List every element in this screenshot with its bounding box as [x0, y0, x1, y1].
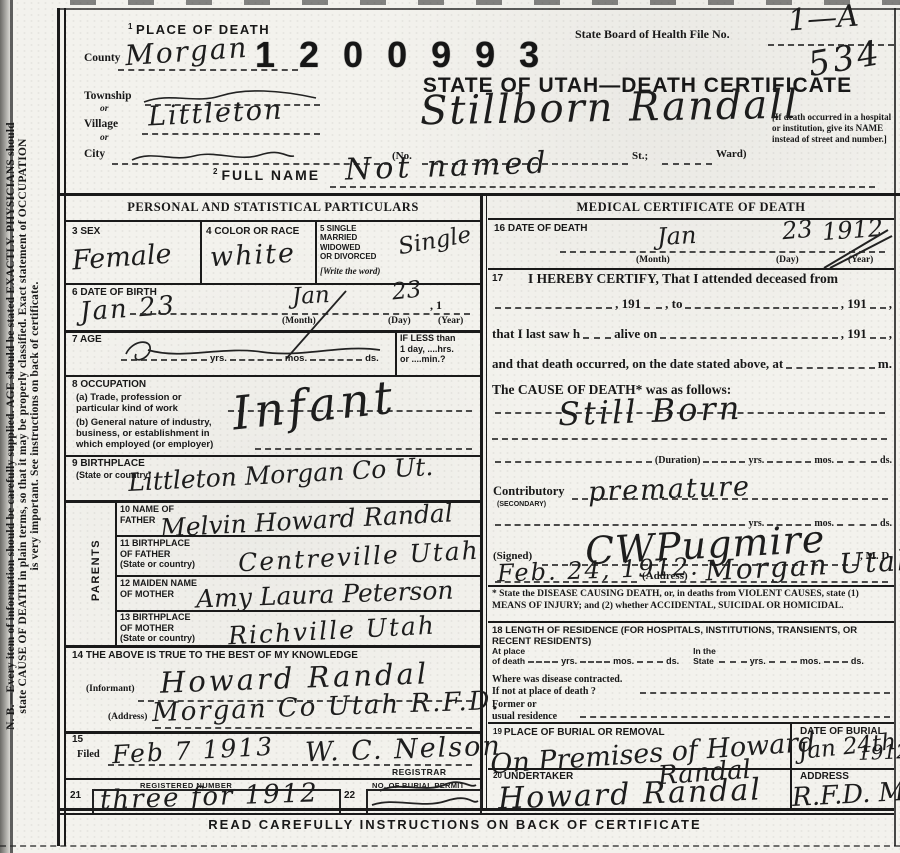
form-border-left-outer [57, 8, 60, 846]
cause-footnote: * State the DISEASE CAUSING DEATH, or, i… [492, 589, 892, 612]
certify-alive-blank [660, 333, 838, 339]
father-birthplace-label: 11 BIRTHPLACE OF FATHER (State or countr… [120, 538, 195, 570]
former-residence-label: Former or usual residence [492, 699, 557, 723]
form-border-top [57, 8, 900, 10]
city-scribble [128, 146, 298, 166]
occupation-b-dotted-line [255, 448, 472, 450]
age-box-divider [395, 330, 397, 375]
former-residence-dotted-line [580, 716, 890, 718]
duration-mos-blank1 [767, 457, 811, 463]
secondary-label: (SECONDARY) [497, 501, 546, 508]
age-less-note: IF LESS than 1 day, ....hrs. or ....min.… [400, 333, 456, 365]
occupation-a-label: (a) Trade, profession or particular kind… [76, 392, 182, 414]
duration-ds-blank1 [837, 457, 877, 463]
city-label: City [84, 148, 105, 160]
certify-alive-on: alive on [614, 326, 657, 342]
informant-address-dotted-line [155, 727, 472, 729]
row-rule-parents-bottom [66, 645, 480, 648]
parents-rule-1 [115, 535, 480, 537]
certify-191c: , 191 [841, 326, 867, 342]
res-mos-label: mos. [613, 656, 634, 666]
in-state-label: In the State [693, 646, 716, 666]
disease-contracted-label: Where was disease contracted. If not at … [492, 674, 622, 698]
county-value-handwriting: Morgan [124, 34, 249, 71]
pen-flourish-death-year [820, 222, 894, 272]
village-label: Village [84, 118, 118, 130]
certify-191a: , 191 [615, 296, 641, 312]
dob-day-handwriting: 23 [391, 279, 423, 305]
file-number-stamp: 1200993 [255, 34, 563, 76]
duration-label-1: (Duration) [655, 455, 701, 466]
banner-rule-heavy [57, 808, 894, 811]
certify-him-her-blank [583, 333, 611, 339]
death-month-handwriting: Jan [656, 223, 697, 249]
state-ds-blank [824, 657, 848, 663]
burial-mid-rule-left [488, 768, 790, 770]
burial-top-rule [488, 722, 894, 724]
certify-line4: and that death occurred, on the date sta… [492, 356, 892, 372]
filed-date-handwriting: Feb 7 1913 [111, 734, 274, 767]
certify-line1: I HEREBY CERTIFY, That I attended deceas… [528, 271, 838, 287]
state-mos-blank [769, 657, 797, 663]
death-day-handwriting: 23 [781, 217, 814, 244]
certify-191b: , 191 [841, 296, 867, 312]
full-name-value-handwriting: Not named [345, 148, 550, 185]
village-value-handwriting: Littleton [147, 96, 284, 130]
full-name-label: 2FULL NAME [213, 167, 320, 183]
mother-birthplace-value-handwriting: Richville Utah [227, 613, 436, 649]
res-ds-label: ds. [666, 656, 679, 666]
age-scribble [112, 334, 387, 366]
scan-top-marks [70, 0, 900, 5]
footer-banner: READ CAREFULLY INSTRUCTIONS ON BACK OF C… [110, 817, 800, 832]
parents-vertical-label: PARENTS [90, 515, 102, 625]
ward-label: Ward) [716, 148, 747, 160]
date-of-death-label: 16 DATE OF DEATH [494, 223, 588, 234]
registrar-label: REGISTRAR [392, 767, 447, 777]
marital-label: 5 SINGLE MARRIED WIDOWED OR DIVORCED [320, 224, 376, 262]
residence-top-rule [488, 621, 894, 623]
state-yrs-label: yrs. [750, 656, 766, 666]
margin-note-line3: is very important. See instructions on b… [29, 11, 41, 841]
res-yrs-label: yrs. [561, 656, 577, 666]
certify-last-saw: that I last saw h [492, 326, 580, 342]
full-name-num: 2 [213, 167, 219, 176]
duration-ds-blank2 [837, 520, 877, 526]
residence-label: 18 LENGTH OF RESIDENCE (FOR HOSPITALS, I… [492, 625, 890, 648]
state-board-file-no-label: State Board of Health File No. [575, 27, 730, 42]
state-ds-label: ds. [851, 656, 864, 666]
personal-section-title: PERSONAL AND STATISTICAL PARTICULARS [66, 200, 480, 215]
dob-value-handwriting: Jan 23 [79, 293, 177, 326]
state-mos-label: mos. [800, 656, 821, 666]
death-month-hint: (Month) [636, 255, 670, 265]
signed-date-dotted-line [495, 581, 637, 583]
sex-race-divider2 [315, 221, 317, 283]
burial-year-handwriting: 1912 [858, 741, 900, 763]
certify-death-occurred: and that death occurred, on the date sta… [492, 356, 783, 372]
res-ds-blank [637, 657, 663, 663]
informant-address-label: (Address) [108, 712, 147, 722]
race-label: 4 COLOR OR RACE [206, 226, 299, 237]
father-birthplace-value-handwriting: Centreville Utah [238, 538, 481, 576]
decedent-name-handwriting: Stillborn Randall [420, 85, 799, 132]
certify-comma1: , [889, 296, 892, 312]
state-yrs-blank [719, 657, 747, 663]
cause-value-handwriting: Still Born [557, 392, 742, 430]
death-day-hint: (Day) [776, 255, 799, 265]
certify-from-blank [495, 303, 612, 309]
certify-m: m. [878, 356, 892, 372]
burial-place-num: 19 [493, 727, 502, 736]
registrar-signature-handwriting: W. C. Nelson [305, 733, 503, 767]
birthplace-value-handwriting: Littleton Morgan Co Ut. [128, 454, 434, 495]
filed-label: Filed [77, 749, 100, 760]
margin-note-line2: state CAUSE OF DEATH in plain terms, so … [17, 11, 29, 841]
full-name-dotted-line [330, 186, 875, 188]
occupation-value-handwriting: Infant [230, 374, 398, 437]
certify-comma2: , [889, 326, 892, 342]
duration-mos-1: mos. [814, 455, 834, 466]
signed-address-handwriting: Morgan Utah [704, 546, 900, 585]
certify-to: , to [665, 296, 682, 312]
certify-time-blank [786, 363, 875, 369]
duration-yrs-1: yrs. [748, 455, 764, 466]
margin-note-line1: N. B.—Every item of information should b… [5, 11, 17, 841]
mother-name-value-handwriting: Amy Laura Peterson [196, 578, 454, 612]
burial-mid-rule-right [790, 768, 894, 770]
footnote-top-rule [488, 585, 894, 587]
village-dotted-line [142, 133, 320, 135]
duration-ds-1: ds. [880, 455, 892, 466]
sex-race-divider1 [200, 221, 202, 283]
res-mos-blank [580, 657, 610, 663]
form-border-left-inner [64, 8, 66, 846]
county-label: County [84, 52, 120, 64]
undertaker-num: 20 [493, 771, 502, 780]
age-label: 7 AGE [72, 334, 102, 345]
res-yrs-blank [528, 657, 558, 663]
marital-value-handwriting: Single [397, 224, 474, 259]
cause-dotted-line-2 [492, 438, 887, 440]
signed-address-dotted-line [660, 581, 888, 583]
filed-num: 15 [72, 734, 83, 745]
duration-yrs-blank1 [703, 457, 745, 463]
burial-permit-num: 22 [344, 790, 355, 801]
informant-label: (Informant) [86, 684, 135, 694]
registered-number-num: 21 [70, 790, 81, 801]
occupation-b-label: (b) General nature of industry, business… [76, 417, 213, 451]
personal-title-rule [66, 220, 480, 222]
sex-label: 3 SEX [72, 226, 100, 237]
dob-year-hint: (Year) [438, 316, 463, 326]
duration-line-1: (Duration) yrs. mos. ds. [492, 455, 892, 466]
township-label: Township [84, 90, 132, 102]
dob-day-hint: (Day) [388, 316, 411, 326]
certify-year-blank-b [870, 303, 886, 309]
row-rule-dod [488, 268, 894, 270]
margin-note: N. B.—Every item of information should b… [5, 11, 59, 841]
certify-num: 17 [492, 273, 503, 284]
file-no-handwriting: 1—A [787, 2, 860, 37]
scan-bottom-wavy-line [0, 845, 900, 847]
certify-year-blank-c [870, 333, 886, 339]
header-bottom-rule [57, 193, 900, 196]
death-certificate-scan: N. B.—Every item of information should b… [0, 0, 900, 853]
certify-year-blank-a [644, 303, 662, 309]
row-rule-age [66, 375, 480, 377]
medical-section-title: MEDICAL CERTIFICATE OF DEATH [488, 200, 894, 215]
dob-year-printed: , 1 [430, 298, 442, 313]
mother-birthplace-label: 13 BIRTHPLACE OF MOTHER (State or countr… [120, 612, 195, 644]
contributory-label: Contributory [493, 484, 565, 499]
certify-to-blank [685, 303, 837, 309]
mother-name-label: 12 MAIDEN NAME OF MOTHER [120, 578, 197, 599]
race-value-handwriting: white [209, 240, 296, 271]
burial-place-label: 19PLACE OF BURIAL OR REMOVAL [493, 727, 665, 738]
street-label: St.; [632, 150, 648, 162]
form-border-right [894, 8, 896, 846]
duration-ds-2: ds. [880, 518, 892, 529]
banner-rule-thin [57, 813, 894, 815]
certify-line3: that I last saw h alive on , 191 , [492, 326, 892, 342]
at-place-label: At place of death [492, 646, 525, 666]
disease-contracted-dotted-line [640, 692, 890, 694]
residence-duration-line: At place of death yrs. mos. ds. In the S… [492, 646, 892, 666]
village-or-label: or [100, 133, 108, 143]
parents-inner-divider [115, 500, 117, 645]
duration-blank-lead1 [495, 457, 652, 463]
contributory-value-handwriting: premature [588, 473, 752, 506]
certify-line2: , 191 , to , 191 , [492, 296, 892, 312]
occupation-label: 8 OCCUPATION [72, 379, 146, 390]
township-or-label: or [100, 104, 108, 114]
sex-value-handwriting: Female [71, 241, 172, 275]
marital-hint: [Write the word) [320, 266, 380, 276]
ward-dotted-line [662, 163, 712, 165]
place-of-death-num: 1 [128, 22, 134, 31]
